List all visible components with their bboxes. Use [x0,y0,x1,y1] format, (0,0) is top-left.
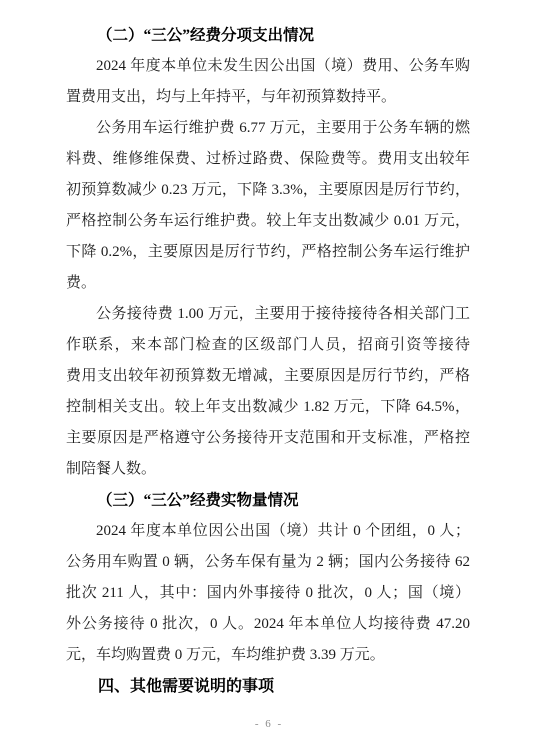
text-line: 严格控制公务车运行维护费。较上年支出数减少 0.01 万元， [66,206,470,237]
text-line: 初预算数减少 0.23 万元，下降 3.3%，主要原因是厉行节约， [66,175,470,206]
section-4-heading: 四、其他需要说明的事项 [66,671,470,702]
text-line: 费。 [66,268,470,299]
text-line: 下降 0.2%，主要原因是厉行节约，严格控制公务车运行维护 [66,237,470,268]
text-line: 公务用车购置 0 辆，公务车保有量为 2 辆；国内公务接待 62 [66,547,470,578]
text-line: 置费用支出，均与上年持平，与年初预算数持平。 [66,82,470,113]
text-line: 外公务接待 0 批次，0 人。2024 年本单位人均接待费 47.20 [66,609,470,640]
text-line: 批次 211 人，其中：国内外事接待 0 批次，0 人；国（境） [66,578,470,609]
text-line: 元，车均购置费 0 万元，车均维护费 3.39 万元。 [66,640,470,671]
document-page: （二）“三公”经费分项支出情况 2024 年度本单位未发生因公出国（境）费用、公… [0,0,538,749]
document-body: （二）“三公”经费分项支出情况 2024 年度本单位未发生因公出国（境）费用、公… [66,20,470,702]
text-line: 作联系，来本部门检查的区级部门人员，招商引资等接待费。 [66,330,470,361]
text-line: 主要原因是严格遵守公务接待开支范围和开支标准，严格控 [66,423,470,454]
text-line: 费用支出较年初预算数无增减，主要原因是厉行节约，严格 [66,361,470,392]
text-line: 公务接待费 1.00 万元，主要用于接待接待各相关部门工 [66,299,470,330]
text-line: 2024 年度本单位未发生因公出国（境）费用、公务车购 [66,51,470,82]
page-number: - 6 - [0,716,538,732]
text-line: 制陪餐人数。 [66,454,470,485]
section-3-heading: （三）“三公”经费实物量情况 [66,485,470,516]
text-line: 料费、维修维保费、过桥过路费、保险费等。费用支出较年 [66,144,470,175]
text-line: 公务用车运行维护费 6.77 万元，主要用于公务车辆的燃 [66,113,470,144]
text-line: 2024 年度本单位因公出国（境）共计 0 个团组，0 人； [66,516,470,547]
text-line: 控制相关支出。较上年支出数减少 1.82 万元，下降 64.5%， [66,392,470,423]
section-2-heading: （二）“三公”经费分项支出情况 [66,20,470,51]
